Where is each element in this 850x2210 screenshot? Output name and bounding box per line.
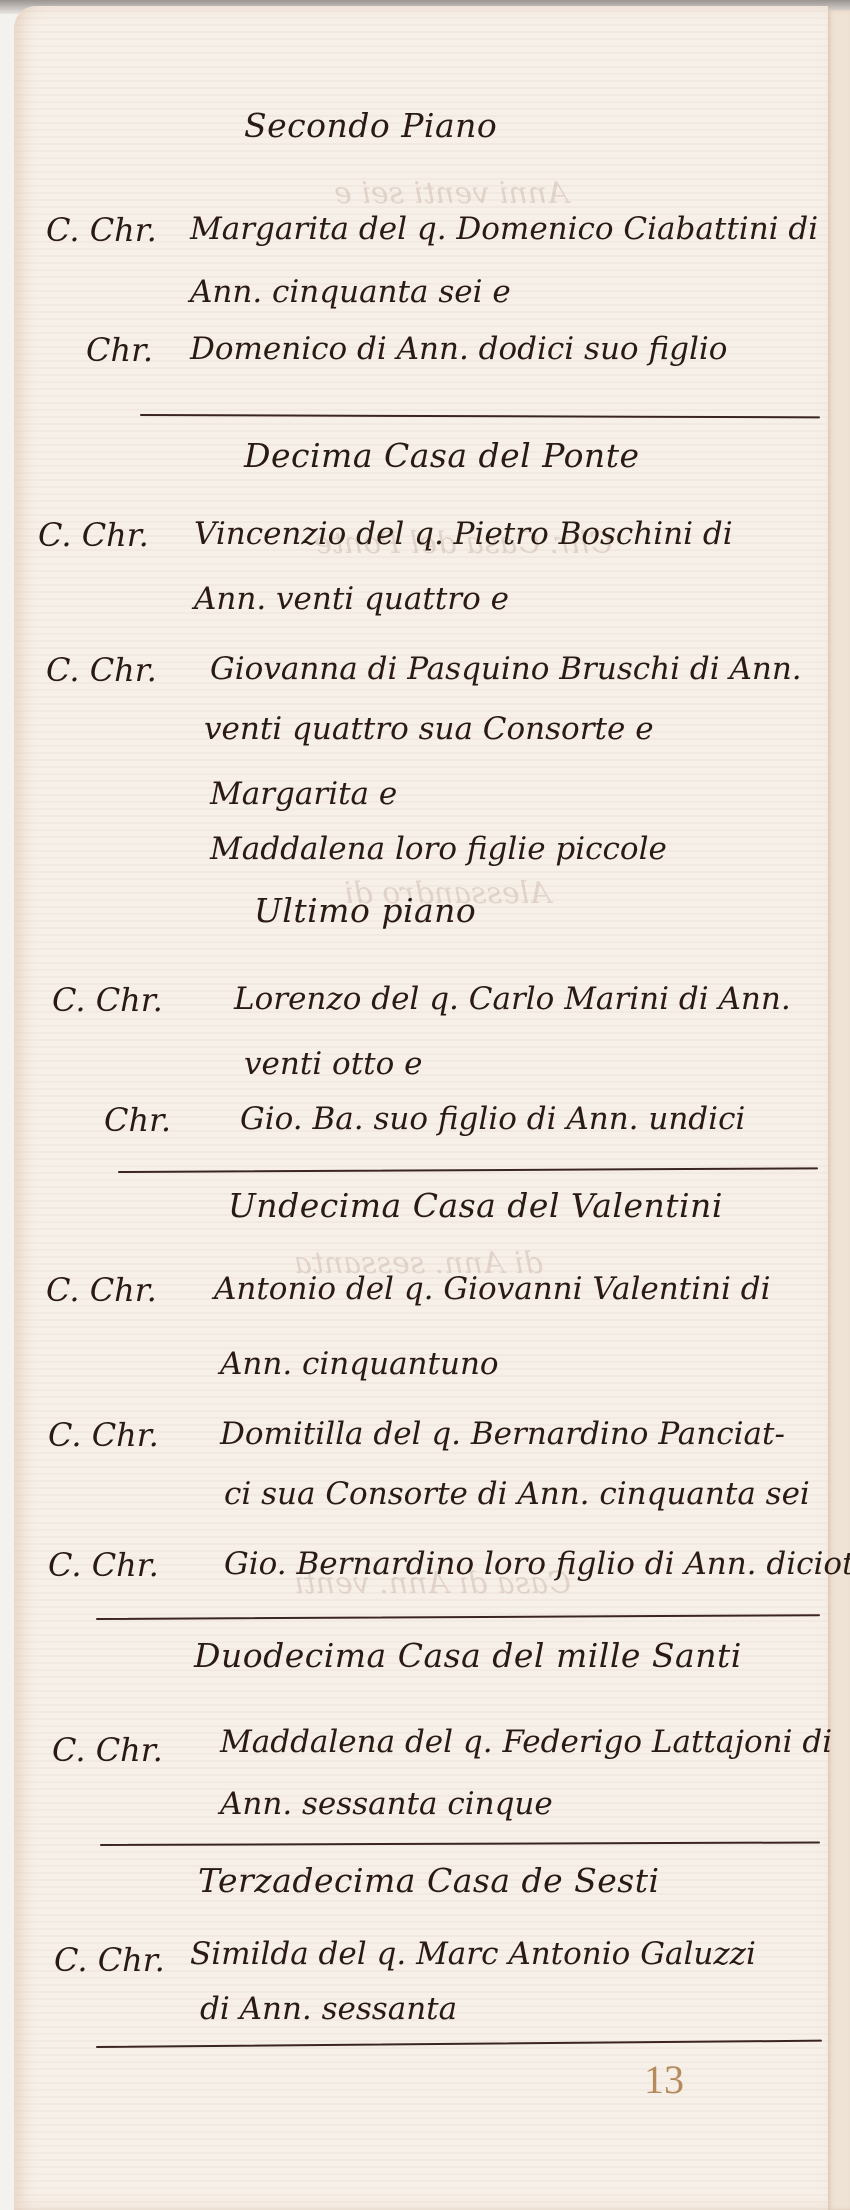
sacrament-mark: C. Chr. bbox=[48, 1416, 159, 1454]
entry-line: Vincenzio del q. Pietro Boschini di bbox=[194, 516, 733, 552]
entry-line: venti quattro sua Consorte e bbox=[204, 711, 654, 747]
sacrament-mark: C. Chr. bbox=[38, 516, 149, 554]
entry-line: Maddalena del q. Federigo Lattajoni di bbox=[220, 1724, 832, 1760]
sacrament-mark: C. Chr. bbox=[52, 981, 163, 1019]
entry-line: Gio. Bernardino loro figlio di Ann. dici… bbox=[224, 1546, 850, 1582]
sacrament-mark: C. Chr. bbox=[48, 1546, 159, 1584]
entry-line: Lorenzo del q. Carlo Marini di Ann. bbox=[234, 981, 791, 1017]
section-title: Secondo Piano bbox=[244, 106, 497, 145]
section-title: Undecima Casa del Valentini bbox=[228, 1186, 723, 1225]
section-title: Terzadecima Casa de Sesti bbox=[198, 1861, 660, 1900]
entry-line: Antonio del q. Giovanni Valentini di bbox=[214, 1271, 771, 1307]
section-divider bbox=[100, 1841, 820, 1846]
section-title: Decima Casa del Ponte bbox=[244, 436, 639, 475]
entry-line: Domitilla del q. Bernardino Panciat- bbox=[220, 1416, 785, 1452]
manuscript-page: Anni venti sei e Chr. Casa del Ponte Ale… bbox=[14, 6, 828, 2210]
entry-line: ci sua Consorte di Ann. cinquanta sei bbox=[224, 1476, 810, 1512]
section-title: Ultimo piano bbox=[254, 891, 476, 930]
entry-line: Ann. venti quattro e bbox=[194, 581, 509, 617]
entry-line: venti otto e bbox=[244, 1046, 423, 1082]
entry-line: di Ann. sessanta bbox=[200, 1991, 457, 2027]
section-divider bbox=[96, 2040, 822, 2048]
entry-line: Margarita del q. Domenico Ciabattini di bbox=[190, 211, 818, 247]
sacrament-mark: C. Chr. bbox=[46, 651, 157, 689]
section-divider bbox=[96, 1614, 820, 1620]
sacrament-mark: Chr. bbox=[104, 1101, 171, 1139]
sacrament-mark: C. Chr. bbox=[46, 211, 157, 249]
entry-line: Similda del q. Marc Antonio Galuzzi bbox=[190, 1936, 756, 1972]
sacrament-mark: C. Chr. bbox=[54, 1941, 165, 1979]
entry-line: Giovanna di Pasquino Bruschi di Ann. bbox=[210, 651, 802, 687]
sacrament-mark: Chr. bbox=[86, 331, 153, 369]
section-title: Duodecima Casa del mille Santi bbox=[194, 1636, 742, 1675]
entry-line: Ann. sessanta cinque bbox=[220, 1786, 553, 1822]
page-number: 13 bbox=[644, 2056, 684, 2103]
entry-line: Ann. cinquanta sei e bbox=[190, 274, 511, 310]
entry-line: Ann. cinquantuno bbox=[220, 1346, 499, 1382]
sacrament-mark: C. Chr. bbox=[46, 1271, 157, 1309]
entry-line: Maddalena loro figlie piccole bbox=[210, 831, 667, 867]
section-divider bbox=[118, 1167, 818, 1173]
entry-line: Margarita e bbox=[210, 776, 397, 812]
entry-line: Gio. Ba. suo figlio di Ann. undici bbox=[240, 1101, 745, 1137]
sacrament-mark: C. Chr. bbox=[52, 1731, 163, 1769]
facing-page-edge bbox=[827, 10, 850, 2210]
section-divider bbox=[140, 414, 820, 418]
bleed-through: Anni venti sei e bbox=[334, 176, 569, 211]
entry-line: Domenico di Ann. dodici suo figlio bbox=[190, 331, 727, 367]
